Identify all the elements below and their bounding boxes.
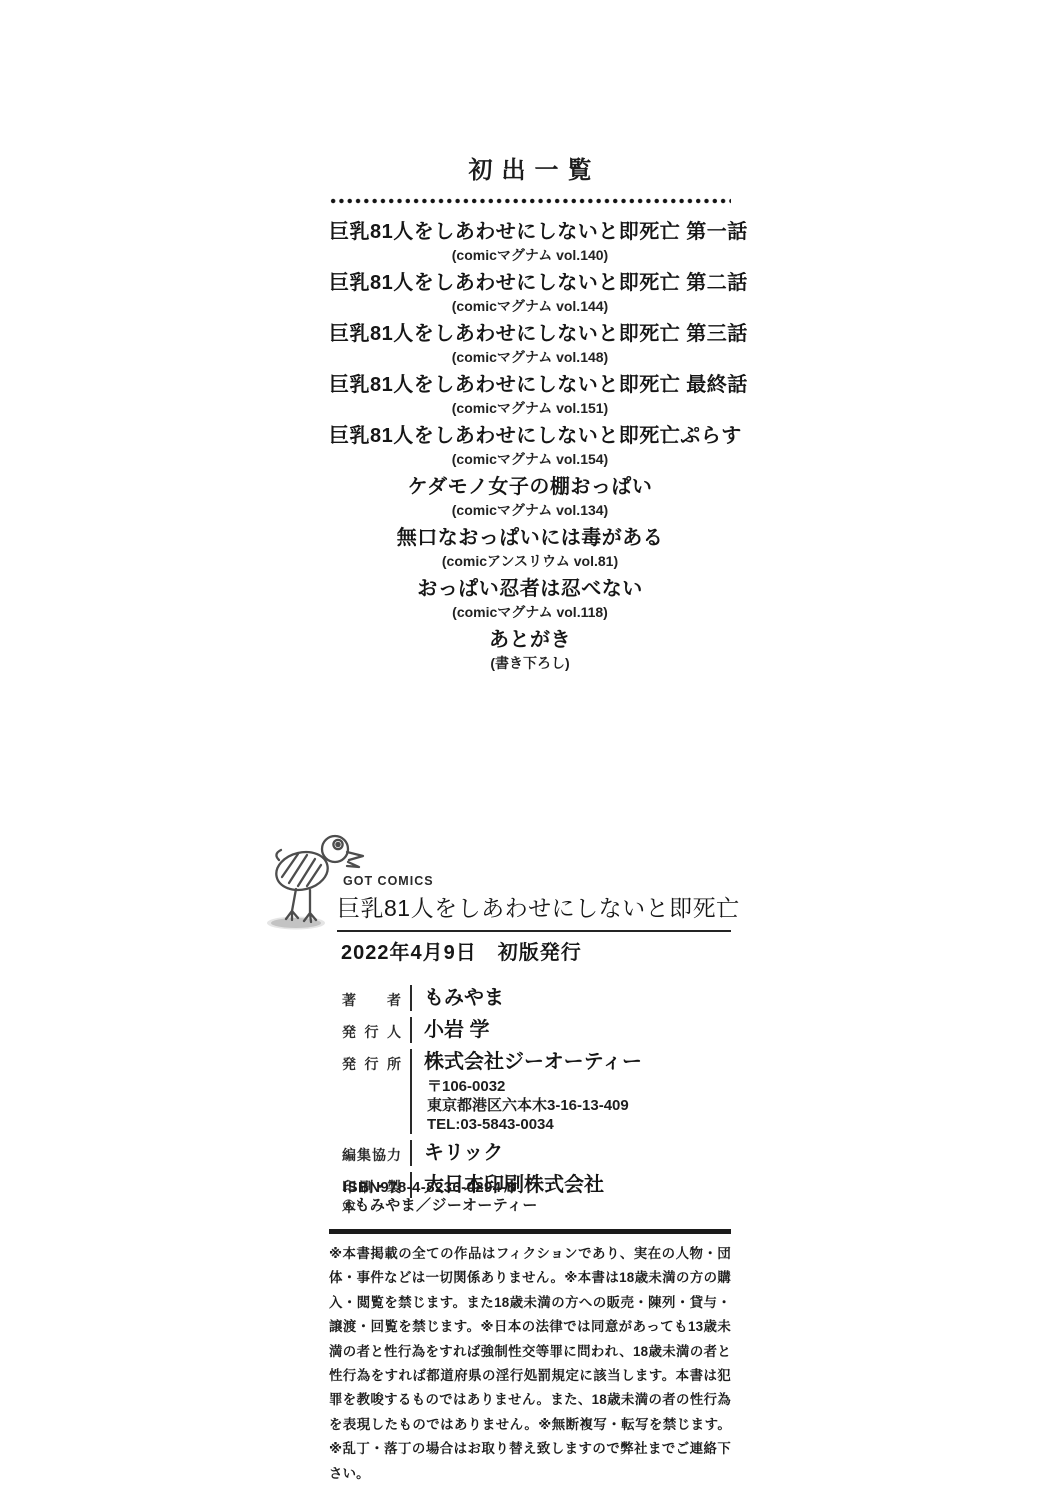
work-source: (comicマグナム vol.134) xyxy=(329,501,731,519)
credit-body: 小岩 学 xyxy=(410,1017,490,1043)
table-row: 発行所 株式会社ジーオーティー 〒106-0032 東京都港区六本木3-16-1… xyxy=(342,1049,730,1134)
work-title: 巨乳81人をしあわせにしないと即死亡 第一話 xyxy=(329,219,731,246)
credit-label: 発行所 xyxy=(342,1049,401,1074)
list-item: あとがき (書き下ろし) xyxy=(329,627,731,672)
table-row: 発行人 小岩 学 xyxy=(342,1017,730,1043)
list-item: 巨乳81人をしあわせにしないと即死亡ぷらす (comicマグナム vol.154… xyxy=(329,423,731,468)
credit-value: もみやま xyxy=(424,985,504,1011)
list-item: ケダモノ女子の棚おっぱい (comicマグナム vol.134) xyxy=(329,474,731,519)
isbn-block: ISBN978-4-8236-0294-8 ©もみやま／ジーオーティー xyxy=(343,1179,538,1215)
publisher-address: 〒106-0032 東京都港区六本木3-16-13-409 TEL:03-584… xyxy=(424,1077,642,1134)
table-row: 著者 もみやま xyxy=(342,985,730,1011)
work-title: 無口なおっぱいには毒がある xyxy=(329,525,731,552)
copyright: ©もみやま／ジーオーティー xyxy=(343,1197,538,1215)
list-item: 巨乳81人をしあわせにしないと即死亡 最終話 (comicマグナム vol.15… xyxy=(329,372,731,417)
credit-body: もみやま xyxy=(410,985,504,1011)
credit-label: 発行人 xyxy=(342,1017,401,1042)
credit-value: 小岩 学 xyxy=(424,1017,490,1043)
work-source: (comicマグナム vol.144) xyxy=(329,297,731,315)
section-divider-bar xyxy=(329,1229,731,1234)
work-title: 巨乳81人をしあわせにしないと即死亡ぷらす xyxy=(329,423,731,450)
work-title: ケダモノ女子の棚おっぱい xyxy=(329,474,731,501)
table-row: 編集協力 キリック xyxy=(342,1140,730,1166)
phone-number: TEL:03-5843-0034 xyxy=(427,1115,642,1134)
list-item: おっぱい忍者は忍べない (comicマグナム vol.118) xyxy=(329,576,731,621)
credit-body: 株式会社ジーオーティー 〒106-0032 東京都港区六本木3-16-13-40… xyxy=(410,1049,642,1134)
work-source: (comicマグナム vol.151) xyxy=(329,399,731,417)
isbn: ISBN978-4-8236-0294-8 xyxy=(343,1179,538,1197)
book-title: 巨乳81人をしあわせにしないと即死亡 xyxy=(337,890,731,932)
legal-disclaimer: ※本書掲載の全ての作品はフィクションであり、実在の人物・団体・事件などは一切関係… xyxy=(329,1242,731,1486)
work-source: (comicマグナム vol.140) xyxy=(329,246,731,264)
work-source: (comicマグナム vol.148) xyxy=(329,348,731,366)
work-source: (comicマグナム vol.118) xyxy=(329,603,731,621)
work-title: 巨乳81人をしあわせにしないと即死亡 最終話 xyxy=(329,372,731,399)
first-publication-list: 初出一覧 巨乳81人をしあわせにしないと即死亡 第一話 (comicマグナム v… xyxy=(329,150,731,678)
postal-code: 〒106-0032 xyxy=(427,1077,642,1096)
colophon-page: 初出一覧 巨乳81人をしあわせにしないと即死亡 第一話 (comicマグナム v… xyxy=(0,0,1057,1500)
list-item: 巨乳81人をしあわせにしないと即死亡 第三話 (comicマグナム vol.14… xyxy=(329,321,731,366)
list-item: 無口なおっぱいには毒がある (comicアンスリウム vol.81) xyxy=(329,525,731,570)
page-title: 初出一覧 xyxy=(329,150,731,185)
work-title: 巨乳81人をしあわせにしないと即死亡 第三話 xyxy=(329,321,731,348)
credit-label: 編集協力 xyxy=(342,1140,401,1165)
work-source: (書き下ろし) xyxy=(329,654,731,672)
work-source: (comicアンスリウム vol.81) xyxy=(329,552,731,570)
credit-body: キリック xyxy=(410,1140,503,1166)
work-source: (comicマグナム vol.154) xyxy=(329,450,731,468)
list-item: 巨乳81人をしあわせにしないと即死亡 第一話 (comicマグナム vol.14… xyxy=(329,219,731,264)
work-title: 巨乳81人をしあわせにしないと即死亡 第二話 xyxy=(329,270,731,297)
credit-value: キリック xyxy=(424,1140,503,1166)
imprint-label: GOT COMICS xyxy=(343,874,434,888)
work-title: あとがき xyxy=(329,627,731,654)
list-item: 巨乳81人をしあわせにしないと即死亡 第二話 (comicマグナム vol.14… xyxy=(329,270,731,315)
street-address: 東京都港区六本木3-16-13-409 xyxy=(427,1096,642,1115)
edition-date: 2022年4月9日 初版発行 xyxy=(341,936,582,965)
dotted-divider xyxy=(329,198,731,204)
credit-label: 著者 xyxy=(342,985,401,1010)
credit-value: 株式会社ジーオーティー xyxy=(424,1049,642,1075)
work-title: おっぱい忍者は忍べない xyxy=(329,576,731,603)
